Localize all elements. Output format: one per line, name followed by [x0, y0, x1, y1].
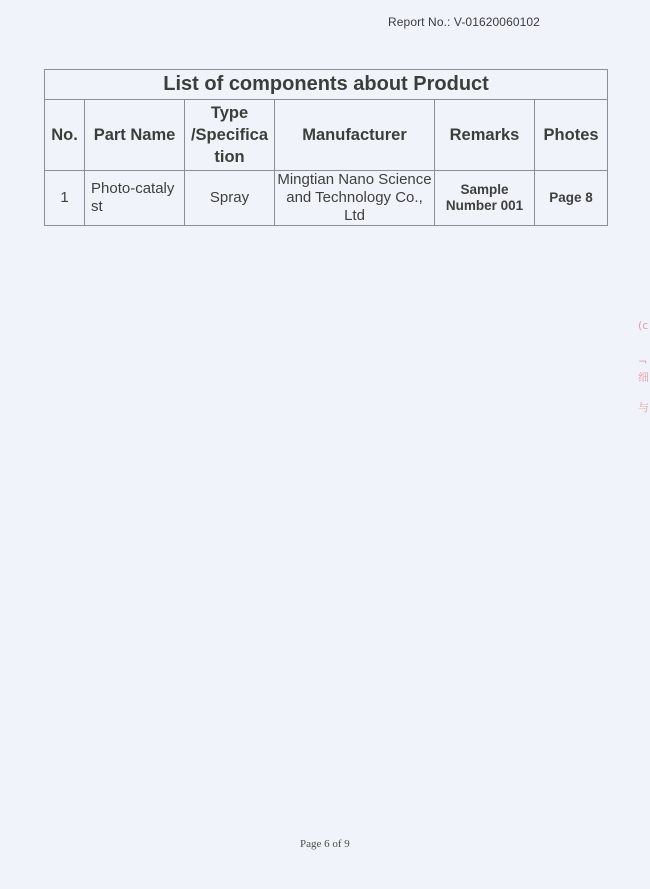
stamp-glyph: (с [638, 318, 650, 334]
red-stamp-mark: (с ¬ 细 与 [638, 318, 650, 416]
cell-type: Spray [185, 171, 275, 226]
stamp-glyph: 细 [638, 370, 650, 386]
cell-photos: Page 8 [535, 171, 608, 226]
column-header-manufacturer: Manufacturer [275, 100, 435, 171]
stamp-glyph: 与 [638, 400, 650, 416]
column-header-type: Type /Specifica tion [185, 100, 275, 171]
cell-manufacturer: Mingtian Nano Science and Technology Co.… [275, 171, 435, 226]
column-header-no: No. [45, 100, 85, 171]
page-number: Page 6 of 9 [300, 838, 350, 850]
column-header-photos: Photes [535, 100, 608, 171]
column-header-remarks: Remarks [435, 100, 535, 171]
stamp-glyph: ¬ [638, 354, 650, 370]
cell-remarks: Sample Number 001 [435, 171, 535, 226]
table-title: List of components about Product [45, 70, 608, 100]
column-header-part-name: Part Name [85, 100, 185, 171]
report-number: Report No.: V-01620060102 [388, 15, 540, 29]
cell-part-name: Photo-cataly st [85, 171, 185, 226]
table-row: 1 Photo-cataly st Spray Mingtian Nano Sc… [45, 171, 608, 226]
components-table: List of components about Product No. Par… [44, 69, 608, 226]
table-header-row: No. Part Name Type /Specifica tion Manuf… [45, 100, 608, 171]
cell-no: 1 [45, 171, 85, 226]
